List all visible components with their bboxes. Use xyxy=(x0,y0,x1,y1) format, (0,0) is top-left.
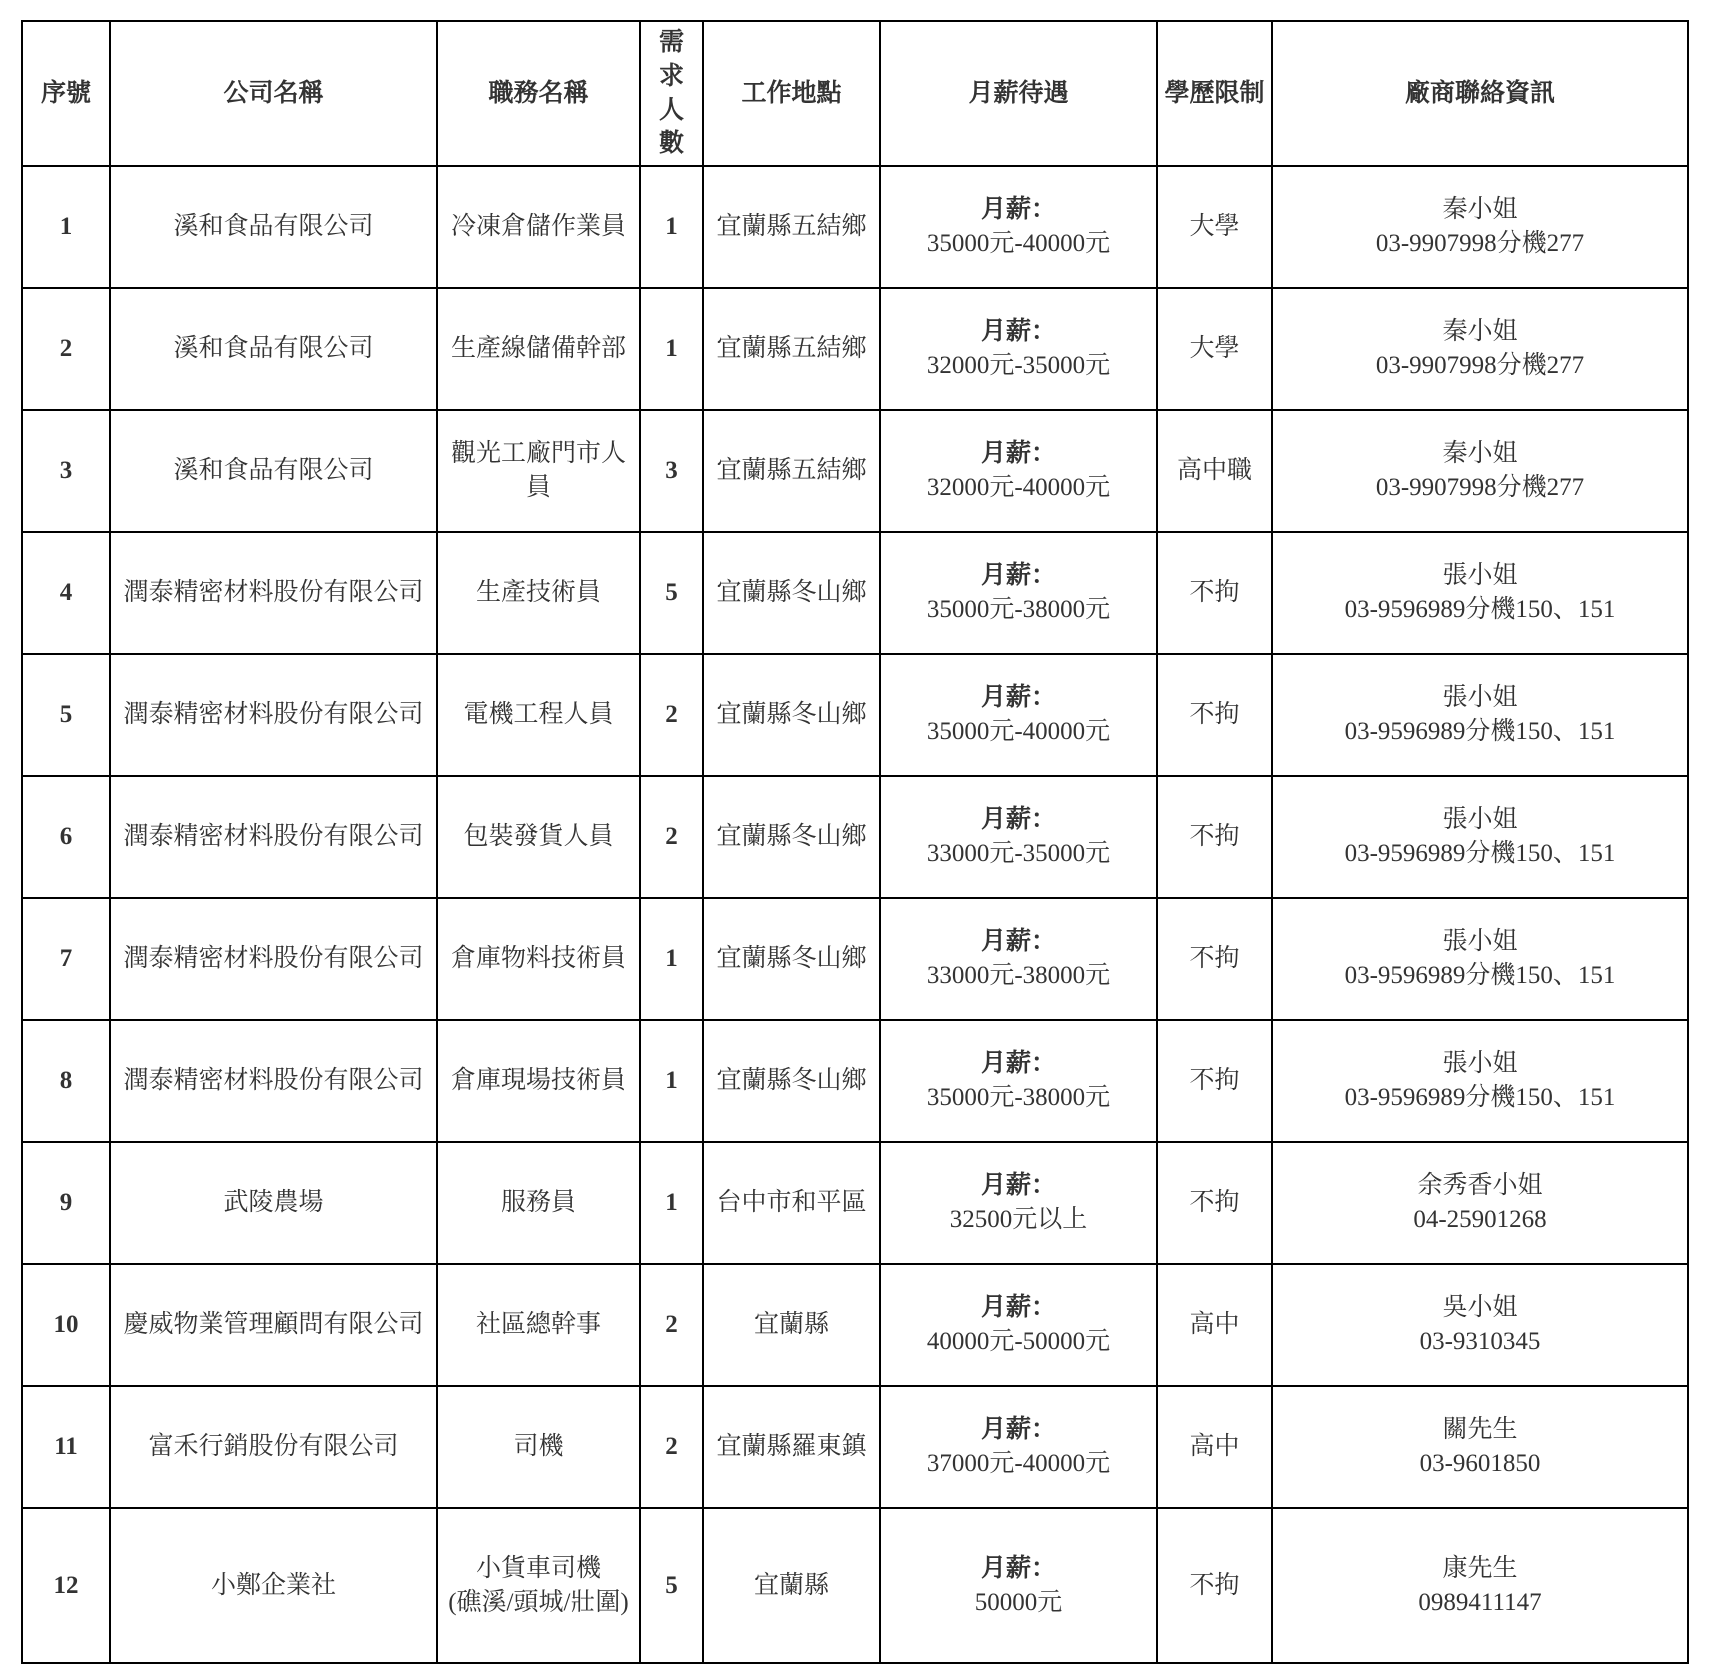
cell-work-location: 宜蘭縣冬山鄉 xyxy=(703,898,880,1020)
cell-education-requirement: 不拘 xyxy=(1157,1142,1272,1264)
salary-label: 月薪： xyxy=(887,1047,1150,1081)
cell-index: 2 xyxy=(22,288,110,410)
salary-value: 37000元-40000元 xyxy=(887,1447,1150,1481)
cell-education-requirement: 不拘 xyxy=(1157,1508,1272,1663)
header-cell: 職務名稱 xyxy=(437,21,640,166)
header-cell: 公司名稱 xyxy=(110,21,437,166)
table-row: 6 潤泰精密材料股份有限公司 包裝發貨人員 2 宜蘭縣冬山鄉 月薪： 33000… xyxy=(22,776,1688,898)
salary-label: 月薪： xyxy=(887,193,1150,227)
cell-work-location: 宜蘭縣 xyxy=(703,1264,880,1386)
table-row: 9 武陵農場 服務員 1 台中市和平區 月薪： 32500元以上 不拘 余秀香小… xyxy=(22,1142,1688,1264)
cell-monthly-salary: 月薪： 35000元-38000元 xyxy=(880,532,1157,654)
cell-company-name: 潤泰精密材料股份有限公司 xyxy=(110,776,437,898)
cell-job-title: 服務員 xyxy=(437,1142,640,1264)
cell-contact-info: 張小姐 03-9596989分機150、151 xyxy=(1272,654,1688,776)
cell-contact-info: 張小姐 03-9596989分機150、151 xyxy=(1272,532,1688,654)
cell-index: 11 xyxy=(22,1386,110,1508)
salary-value: 35000元-38000元 xyxy=(887,1081,1150,1115)
cell-monthly-salary: 月薪： 50000元 xyxy=(880,1508,1157,1663)
cell-headcount: 3 xyxy=(640,410,703,532)
table-row: 1 溪和食品有限公司 冷凍倉儲作業員 1 宜蘭縣五結鄉 月薪： 35000元-4… xyxy=(22,166,1688,288)
cell-job-title: 觀光工廠門市人員 xyxy=(437,410,640,532)
cell-education-requirement: 高中職 xyxy=(1157,410,1272,532)
header-cell: 月薪待遇 xyxy=(880,21,1157,166)
salary-label: 月薪： xyxy=(887,1552,1150,1586)
cell-company-name: 小鄭企業社 xyxy=(110,1508,437,1663)
salary-value: 32000元-35000元 xyxy=(887,349,1150,383)
table-row: 4 潤泰精密材料股份有限公司 生產技術員 5 宜蘭縣冬山鄉 月薪： 35000元… xyxy=(22,532,1688,654)
cell-headcount: 5 xyxy=(640,1508,703,1663)
document-page: 序號公司名稱職務名稱需求人數工作地點月薪待遇學歷限制廠商聯絡資訊 1 溪和食品有… xyxy=(0,0,1709,1592)
cell-monthly-salary: 月薪： 35000元-38000元 xyxy=(880,1020,1157,1142)
salary-label: 月薪： xyxy=(887,437,1150,471)
cell-headcount: 1 xyxy=(640,288,703,410)
salary-value: 40000元-50000元 xyxy=(887,1325,1150,1359)
cell-contact-info: 秦小姐 03-9907998分機277 xyxy=(1272,288,1688,410)
cell-job-title: 倉庫現場技術員 xyxy=(437,1020,640,1142)
cell-education-requirement: 不拘 xyxy=(1157,1020,1272,1142)
header-cell: 學歷限制 xyxy=(1157,21,1272,166)
cell-contact-info: 余秀香小姐 04-25901268 xyxy=(1272,1142,1688,1264)
table-row: 3 溪和食品有限公司 觀光工廠門市人員 3 宜蘭縣五結鄉 月薪： 32000元-… xyxy=(22,410,1688,532)
salary-value: 33000元-38000元 xyxy=(887,959,1150,993)
cell-headcount: 5 xyxy=(640,532,703,654)
cell-company-name: 武陵農場 xyxy=(110,1142,437,1264)
cell-monthly-salary: 月薪： 33000元-35000元 xyxy=(880,776,1157,898)
cell-education-requirement: 不拘 xyxy=(1157,532,1272,654)
cell-work-location: 宜蘭縣冬山鄉 xyxy=(703,654,880,776)
cell-index: 4 xyxy=(22,532,110,654)
cell-headcount: 2 xyxy=(640,776,703,898)
cell-contact-info: 張小姐 03-9596989分機150、151 xyxy=(1272,776,1688,898)
cell-work-location: 宜蘭縣冬山鄉 xyxy=(703,1020,880,1142)
cell-company-name: 溪和食品有限公司 xyxy=(110,410,437,532)
cell-work-location: 宜蘭縣五結鄉 xyxy=(703,410,880,532)
cell-education-requirement: 高中 xyxy=(1157,1386,1272,1508)
header-cell: 工作地點 xyxy=(703,21,880,166)
cell-headcount: 2 xyxy=(640,1386,703,1508)
cell-index: 3 xyxy=(22,410,110,532)
cell-education-requirement: 大學 xyxy=(1157,288,1272,410)
header-cell: 需求人數 xyxy=(640,21,703,166)
cell-headcount: 1 xyxy=(640,1142,703,1264)
cell-headcount: 2 xyxy=(640,654,703,776)
salary-label: 月薪： xyxy=(887,681,1150,715)
cell-company-name: 潤泰精密材料股份有限公司 xyxy=(110,654,437,776)
cell-contact-info: 康先生 0989411147 xyxy=(1272,1508,1688,1663)
cell-job-title: 社區總幹事 xyxy=(437,1264,640,1386)
cell-headcount: 2 xyxy=(640,1264,703,1386)
cell-job-title: 包裝發貨人員 xyxy=(437,776,640,898)
cell-index: 12 xyxy=(22,1508,110,1663)
cell-job-title: 電機工程人員 xyxy=(437,654,640,776)
cell-index: 8 xyxy=(22,1020,110,1142)
cell-monthly-salary: 月薪： 35000元-40000元 xyxy=(880,654,1157,776)
cell-job-title: 生產技術員 xyxy=(437,532,640,654)
salary-label: 月薪： xyxy=(887,803,1150,837)
cell-headcount: 1 xyxy=(640,1020,703,1142)
salary-label: 月薪： xyxy=(887,925,1150,959)
salary-value: 35000元-40000元 xyxy=(887,715,1150,749)
cell-contact-info: 吳小姐 03-9310345 xyxy=(1272,1264,1688,1386)
cell-company-name: 溪和食品有限公司 xyxy=(110,288,437,410)
table-row: 12 小鄭企業社 小貨車司機 (礁溪/頭城/壯圍) 5 宜蘭縣 月薪： 5000… xyxy=(22,1508,1688,1663)
cell-monthly-salary: 月薪： 32000元-40000元 xyxy=(880,410,1157,532)
cell-company-name: 溪和食品有限公司 xyxy=(110,166,437,288)
cell-education-requirement: 不拘 xyxy=(1157,654,1272,776)
cell-education-requirement: 不拘 xyxy=(1157,776,1272,898)
cell-job-title: 冷凍倉儲作業員 xyxy=(437,166,640,288)
cell-work-location: 宜蘭縣五結鄉 xyxy=(703,288,880,410)
cell-index: 6 xyxy=(22,776,110,898)
cell-job-title: 生產線儲備幹部 xyxy=(437,288,640,410)
table-row: 5 潤泰精密材料股份有限公司 電機工程人員 2 宜蘭縣冬山鄉 月薪： 35000… xyxy=(22,654,1688,776)
table-row: 10 慶威物業管理顧問有限公司 社區總幹事 2 宜蘭縣 月薪： 40000元-5… xyxy=(22,1264,1688,1386)
header-row: 序號公司名稱職務名稱需求人數工作地點月薪待遇學歷限制廠商聯絡資訊 xyxy=(22,21,1688,166)
cell-contact-info: 關先生 03-9601850 xyxy=(1272,1386,1688,1508)
salary-label: 月薪： xyxy=(887,315,1150,349)
cell-index: 1 xyxy=(22,166,110,288)
salary-label: 月薪： xyxy=(887,1413,1150,1447)
table-row: 11 富禾行銷股份有限公司 司機 2 宜蘭縣羅東鎮 月薪： 37000元-400… xyxy=(22,1386,1688,1508)
salary-label: 月薪： xyxy=(887,1291,1150,1325)
cell-index: 10 xyxy=(22,1264,110,1386)
header-cell: 廠商聯絡資訊 xyxy=(1272,21,1688,166)
cell-job-title: 司機 xyxy=(437,1386,640,1508)
cell-monthly-salary: 月薪： 40000元-50000元 xyxy=(880,1264,1157,1386)
table-row: 2 溪和食品有限公司 生產線儲備幹部 1 宜蘭縣五結鄉 月薪： 32000元-3… xyxy=(22,288,1688,410)
job-listing-table: 序號公司名稱職務名稱需求人數工作地點月薪待遇學歷限制廠商聯絡資訊 1 溪和食品有… xyxy=(21,20,1689,1664)
cell-monthly-salary: 月薪： 33000元-38000元 xyxy=(880,898,1157,1020)
cell-education-requirement: 不拘 xyxy=(1157,898,1272,1020)
cell-headcount: 1 xyxy=(640,166,703,288)
salary-label: 月薪： xyxy=(887,559,1150,593)
cell-index: 7 xyxy=(22,898,110,1020)
cell-job-title: 倉庫物料技術員 xyxy=(437,898,640,1020)
cell-work-location: 宜蘭縣五結鄉 xyxy=(703,166,880,288)
table-row: 8 潤泰精密材料股份有限公司 倉庫現場技術員 1 宜蘭縣冬山鄉 月薪： 3500… xyxy=(22,1020,1688,1142)
cell-work-location: 台中市和平區 xyxy=(703,1142,880,1264)
salary-value: 32500元以上 xyxy=(887,1203,1150,1237)
cell-contact-info: 秦小姐 03-9907998分機277 xyxy=(1272,166,1688,288)
cell-company-name: 慶威物業管理顧問有限公司 xyxy=(110,1264,437,1386)
cell-education-requirement: 大學 xyxy=(1157,166,1272,288)
cell-work-location: 宜蘭縣冬山鄉 xyxy=(703,776,880,898)
cell-work-location: 宜蘭縣 xyxy=(703,1508,880,1663)
cell-work-location: 宜蘭縣冬山鄉 xyxy=(703,532,880,654)
cell-headcount: 1 xyxy=(640,898,703,1020)
cell-index: 9 xyxy=(22,1142,110,1264)
salary-value: 35000元-40000元 xyxy=(887,227,1150,261)
cell-index: 5 xyxy=(22,654,110,776)
salary-value: 50000元 xyxy=(887,1586,1150,1620)
cell-education-requirement: 高中 xyxy=(1157,1264,1272,1386)
cell-company-name: 富禾行銷股份有限公司 xyxy=(110,1386,437,1508)
cell-monthly-salary: 月薪： 32000元-35000元 xyxy=(880,288,1157,410)
cell-contact-info: 張小姐 03-9596989分機150、151 xyxy=(1272,898,1688,1020)
cell-contact-info: 張小姐 03-9596989分機150、151 xyxy=(1272,1020,1688,1142)
cell-monthly-salary: 月薪： 32500元以上 xyxy=(880,1142,1157,1264)
cell-company-name: 潤泰精密材料股份有限公司 xyxy=(110,1020,437,1142)
cell-company-name: 潤泰精密材料股份有限公司 xyxy=(110,898,437,1020)
header-cell: 序號 xyxy=(22,21,110,166)
cell-company-name: 潤泰精密材料股份有限公司 xyxy=(110,532,437,654)
cell-job-title: 小貨車司機 (礁溪/頭城/壯圍) xyxy=(437,1508,640,1663)
table-row: 7 潤泰精密材料股份有限公司 倉庫物料技術員 1 宜蘭縣冬山鄉 月薪： 3300… xyxy=(22,898,1688,1020)
salary-value: 32000元-40000元 xyxy=(887,471,1150,505)
cell-monthly-salary: 月薪： 35000元-40000元 xyxy=(880,166,1157,288)
salary-value: 33000元-35000元 xyxy=(887,837,1150,871)
cell-work-location: 宜蘭縣羅東鎮 xyxy=(703,1386,880,1508)
cell-contact-info: 秦小姐 03-9907998分機277 xyxy=(1272,410,1688,532)
salary-label: 月薪： xyxy=(887,1169,1150,1203)
cell-monthly-salary: 月薪： 37000元-40000元 xyxy=(880,1386,1157,1508)
salary-value: 35000元-38000元 xyxy=(887,593,1150,627)
